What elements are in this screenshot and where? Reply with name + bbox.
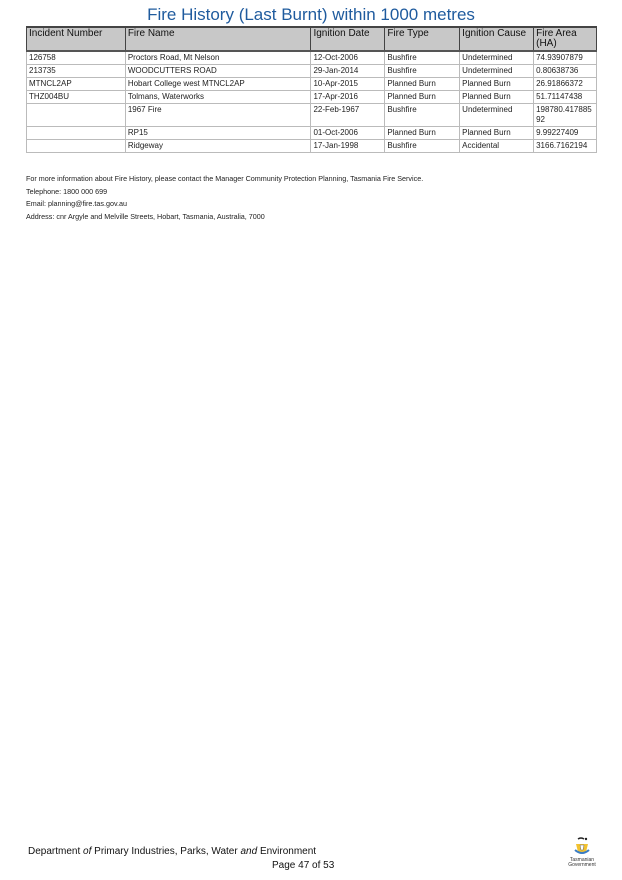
table-cell: Ridgeway (125, 140, 311, 153)
table-cell: Bushfire (385, 140, 460, 153)
table-row: Ridgeway17-Jan-1998BushfireAccidental316… (27, 140, 597, 153)
table-cell: Planned Burn (385, 78, 460, 91)
table-cell: 10-Apr-2015 (311, 78, 385, 91)
info-text: For more information about Fire History,… (26, 173, 423, 186)
dept-text: Primary Industries, Parks, Water (91, 846, 240, 857)
table-cell: Bushfire (385, 65, 460, 78)
table-cell: 198780.41788592 (534, 104, 597, 127)
table-cell: Undetermined (460, 51, 534, 65)
table-cell: 17-Jan-1998 (311, 140, 385, 153)
table-cell: Undetermined (460, 104, 534, 127)
column-header: Fire Name (125, 27, 311, 51)
table-row: 126758Proctors Road, Mt Nelson12-Oct-200… (27, 51, 597, 65)
page-title: Fire History (Last Burnt) within 1000 me… (0, 5, 622, 25)
dept-text: Environment (257, 846, 316, 857)
table-cell: 01-Oct-2006 (311, 127, 385, 140)
table-cell: Bushfire (385, 51, 460, 65)
table-cell: 3166.7162194 (534, 140, 597, 153)
column-header: Fire Type (385, 27, 460, 51)
table-cell: Planned Burn (460, 78, 534, 91)
table-cell: Proctors Road, Mt Nelson (125, 51, 311, 65)
table-row: 213735WOODCUTTERS ROAD29-Jan-2014Bushfir… (27, 65, 597, 78)
table-cell: 9.99227409 (534, 127, 597, 140)
table-cell: 74.93907879 (534, 51, 597, 65)
table-cell: Hobart College west MTNCL2AP (125, 78, 311, 91)
telephone: Telephone: 1800 000 699 (26, 186, 423, 199)
page-number: Page 47 of 53 (272, 860, 334, 871)
table-row: 1967 Fire22-Feb-1967BushfireUndetermined… (27, 104, 597, 127)
column-header: Incident Number (27, 27, 126, 51)
email: Email: planning@fire.tas.gov.au (26, 198, 423, 211)
table-cell: 126758 (27, 51, 126, 65)
table-cell: Bushfire (385, 104, 460, 127)
table-cell (27, 140, 126, 153)
table-cell: THZ004BU (27, 91, 126, 104)
fire-history-table: Incident NumberFire NameIgnition DateFir… (26, 26, 597, 153)
table-cell: Planned Burn (460, 127, 534, 140)
table-cell: Planned Burn (385, 91, 460, 104)
table-cell: Planned Burn (385, 127, 460, 140)
footer-department: Department of Primary Industries, Parks,… (28, 846, 316, 857)
table-header-row: Incident NumberFire NameIgnition DateFir… (27, 27, 597, 51)
address: Address: cnr Argyle and Melville Streets… (26, 211, 423, 224)
column-header: Fire Area (HA) (534, 27, 597, 51)
table-cell: 0.80638736 (534, 65, 597, 78)
column-header: Ignition Date (311, 27, 385, 51)
table-cell: Accidental (460, 140, 534, 153)
table-cell: Planned Burn (460, 91, 534, 104)
dept-and: and (240, 846, 257, 857)
emblem-icon (572, 836, 592, 858)
table-cell (27, 127, 126, 140)
table-cell: 12-Oct-2006 (311, 51, 385, 65)
table-cell: 26.91866372 (534, 78, 597, 91)
table-row: THZ004BUTolmans, Waterworks17-Apr-2016Pl… (27, 91, 597, 104)
table-cell: 51.71147438 (534, 91, 597, 104)
table-cell: 22-Feb-1967 (311, 104, 385, 127)
table-cell (27, 104, 126, 127)
contact-info: For more information about Fire History,… (26, 173, 423, 223)
table-row: RP1501-Oct-2006Planned BurnPlanned Burn9… (27, 127, 597, 140)
logo-text: Government (562, 863, 602, 868)
table-cell: WOODCUTTERS ROAD (125, 65, 311, 78)
table-cell: 29-Jan-2014 (311, 65, 385, 78)
table-cell: 213735 (27, 65, 126, 78)
table-cell: Undetermined (460, 65, 534, 78)
column-header: Ignition Cause (460, 27, 534, 51)
table-row: MTNCL2APHobart College west MTNCL2AP10-A… (27, 78, 597, 91)
tasmanian-government-logo: Tasmanian Government (562, 836, 602, 874)
table-cell: 17-Apr-2016 (311, 91, 385, 104)
table-cell: RP15 (125, 127, 311, 140)
table-cell: Tolmans, Waterworks (125, 91, 311, 104)
table-cell: 1967 Fire (125, 104, 311, 127)
table-cell: MTNCL2AP (27, 78, 126, 91)
dept-text: Department (28, 846, 83, 857)
